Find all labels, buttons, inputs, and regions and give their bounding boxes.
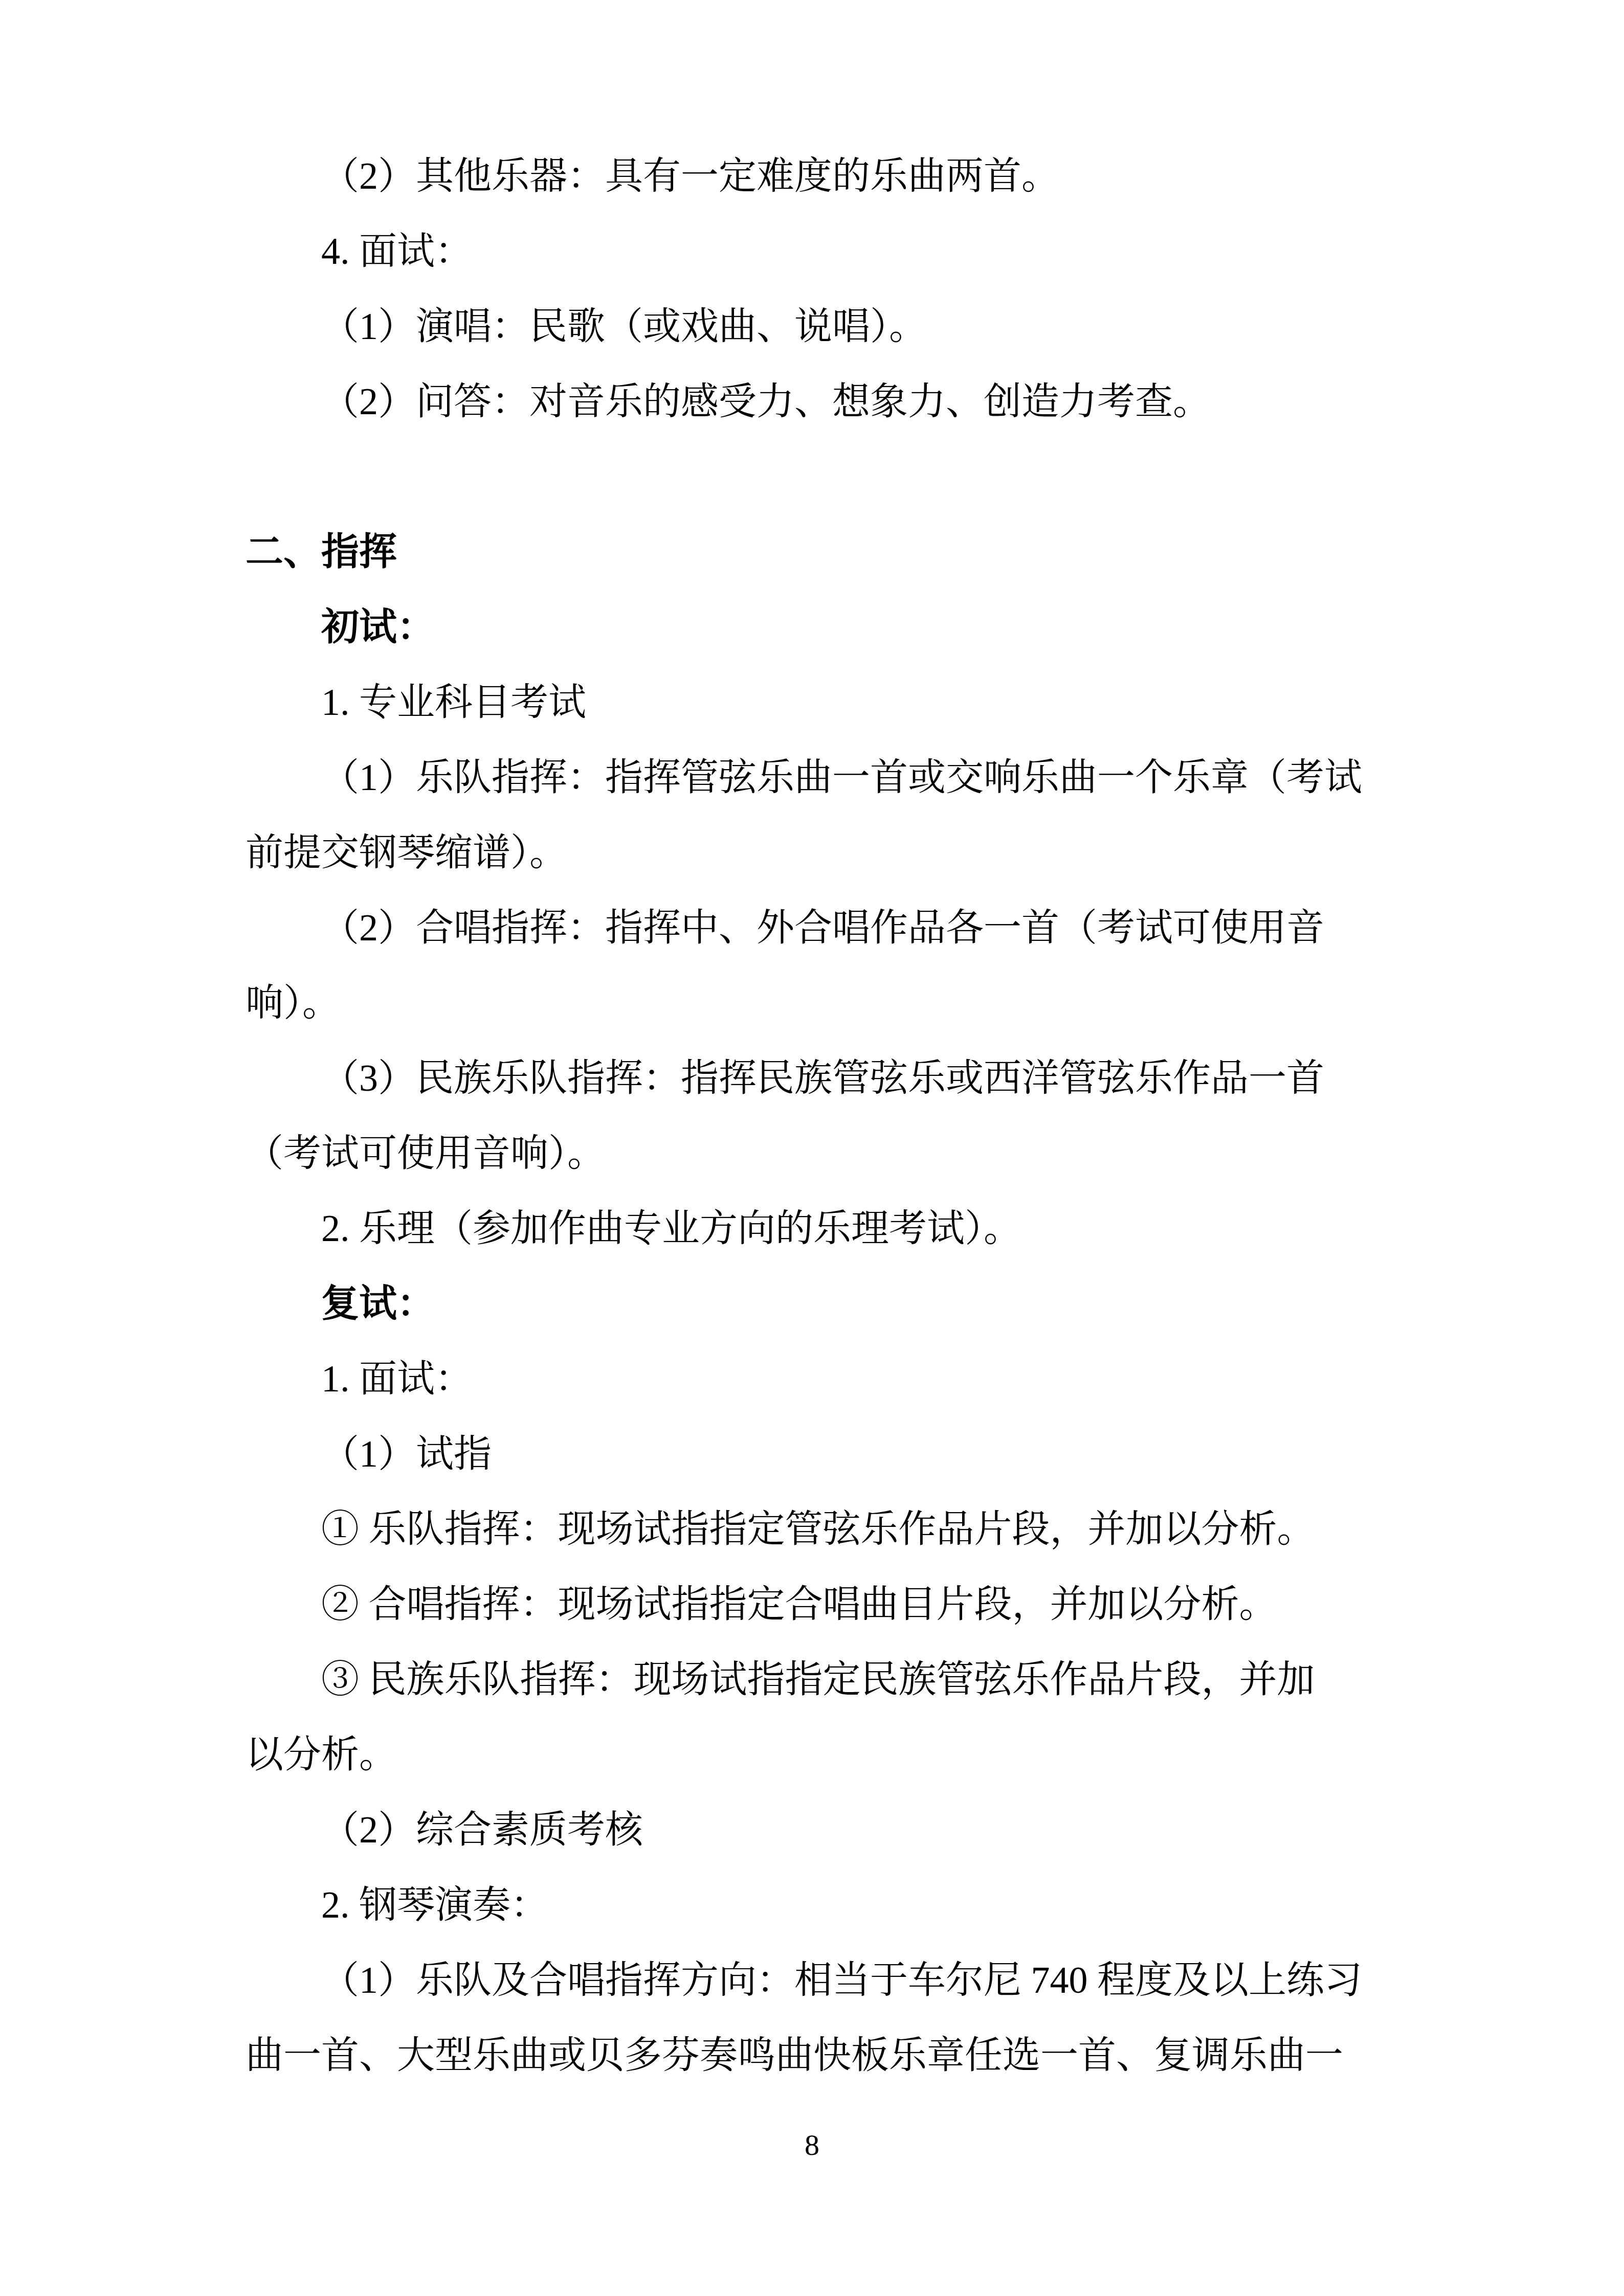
text-line: （2）其他乐器：具有一定难度的乐曲两首。 bbox=[246, 139, 1378, 214]
subheading-second-round-exam: 复试： bbox=[246, 1267, 1378, 1342]
text-line: 曲一首、大型乐曲或贝多芬奏鸣曲快板乐章任选一首、复调乐曲一 bbox=[246, 2018, 1378, 2094]
text-line: ① 乐队指挥：现场试指指定管弦乐作品片段，并加以分析。 bbox=[246, 1492, 1378, 1567]
text-line: （1）演唱：民歌（或戏曲、说唱）。 bbox=[246, 289, 1378, 365]
text-line: （1）乐队及合唱指挥方向：相当于车尔尼 740 程度及以上练习 bbox=[246, 1943, 1378, 2018]
text-line: 2. 乐理（参加作曲专业方向的乐理考试）。 bbox=[246, 1191, 1378, 1267]
page-number: 8 bbox=[246, 2122, 1378, 2168]
subheading-preliminary-exam: 初试： bbox=[246, 590, 1378, 665]
text-line: 1. 专业科目考试 bbox=[246, 665, 1378, 740]
text-line: ② 合唱指挥：现场试指指定合唱曲目片段，并加以分析。 bbox=[246, 1567, 1378, 1642]
text-line: （1）乐队指挥：指挥管弦乐曲一首或交响乐曲一个乐章（考试 bbox=[246, 740, 1378, 816]
text-line: 2. 钢琴演奏： bbox=[246, 1868, 1378, 1943]
text-line: 4. 面试： bbox=[246, 214, 1378, 289]
section-heading-conducting: 二、指挥 bbox=[246, 515, 1378, 590]
text-line: 前提交钢琴缩谱）。 bbox=[246, 816, 1378, 891]
text-line: （3）民族乐队指挥：指挥民族管弦乐或西洋管弦乐作品一首 bbox=[246, 1041, 1378, 1116]
text-line: （考试可使用音响）。 bbox=[246, 1116, 1378, 1191]
text-line: ③ 民族乐队指挥：现场试指指定民族管弦乐作品片段，并加 bbox=[246, 1642, 1378, 1718]
text-line: 以分析。 bbox=[246, 1718, 1378, 1793]
document-body: （2）其他乐器：具有一定难度的乐曲两首。 4. 面试： （1）演唱：民歌（或戏曲… bbox=[246, 139, 1378, 2168]
text-line: 响）。 bbox=[246, 966, 1378, 1041]
text-line: （2）合唱指挥：指挥中、外合唱作品各一首（考试可使用音 bbox=[246, 891, 1378, 966]
text-line: （2）问答：对音乐的感受力、想象力、创造力考查。 bbox=[246, 365, 1378, 440]
text-line: （1）试指 bbox=[246, 1417, 1378, 1492]
text-line: 1. 面试： bbox=[246, 1342, 1378, 1417]
document-page: （2）其他乐器：具有一定难度的乐曲两首。 4. 面试： （1）演唱：民歌（或戏曲… bbox=[0, 0, 1624, 2296]
text-line: （2）综合素质考核 bbox=[246, 1793, 1378, 1868]
